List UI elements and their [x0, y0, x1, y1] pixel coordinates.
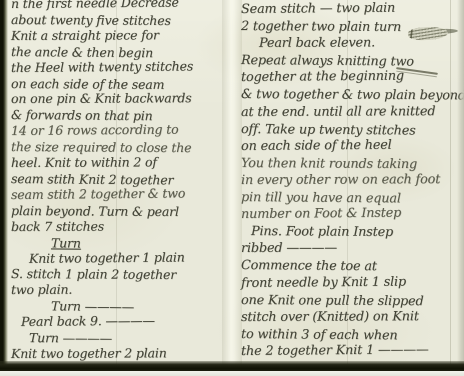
book-edge-right [457, 0, 464, 371]
handwriting-line: at the end. until all are knitted [241, 103, 461, 121]
handwriting-line: seam stith 2 together & two [11, 185, 225, 203]
manuscript-photo: n the first needle Decrease about twenty… [0, 0, 464, 376]
handwriting-line: Knit a straight piece for [11, 27, 225, 44]
right-page-text: Seam stitch — two plain 2 together two p… [241, 1, 461, 360]
handwriting-line: in every other row on each foot [241, 171, 461, 189]
book-edge-bottom [0, 361, 464, 371]
handwriting-line: Pearl back 9. ———— [11, 312, 225, 330]
table-surface-strip [0, 371, 464, 376]
handwriting-line: Knit two together 1 plain [11, 249, 225, 267]
handwriting-line: heel. Knit to within 2 of [11, 154, 225, 171]
handwriting-line: together at the beginning [241, 67, 461, 86]
handwriting-line: the 2 together Knit 1 ———— [241, 341, 461, 360]
handwriting-line: two plain. [11, 281, 225, 298]
handwriting-line: front needle by Knit 1 slip [241, 273, 461, 292]
handwriting-line: 14 or 16 rows according to [11, 121, 225, 139]
handwriting-line: & two together & two plain beyond [241, 86, 461, 104]
handwriting-line: Knit two together 2 plain [11, 345, 225, 362]
left-page-text: n the first needle Decrease about twenty… [11, 0, 225, 362]
handwriting-line: the Heel with twenty stitches [11, 58, 225, 76]
page-gutter-fold [222, 0, 242, 371]
handwriting-line: stitch over (Knitted) on Knit [241, 308, 461, 326]
handwriting-line: back 7 stitches [11, 218, 225, 235]
book-edge-left [0, 0, 8, 371]
handwriting-line: ribbed ———— [241, 239, 461, 257]
handwriting-line: on each side of the heel [241, 136, 461, 155]
handwriting-line: Seam stitch — two plain [241, 0, 461, 18]
handwriting-line: on one pin & Knit backwards [11, 91, 225, 108]
handwriting-line: n the first needle Decrease [11, 0, 225, 12]
handwriting-line: number on Foot & Instep [241, 204, 461, 223]
